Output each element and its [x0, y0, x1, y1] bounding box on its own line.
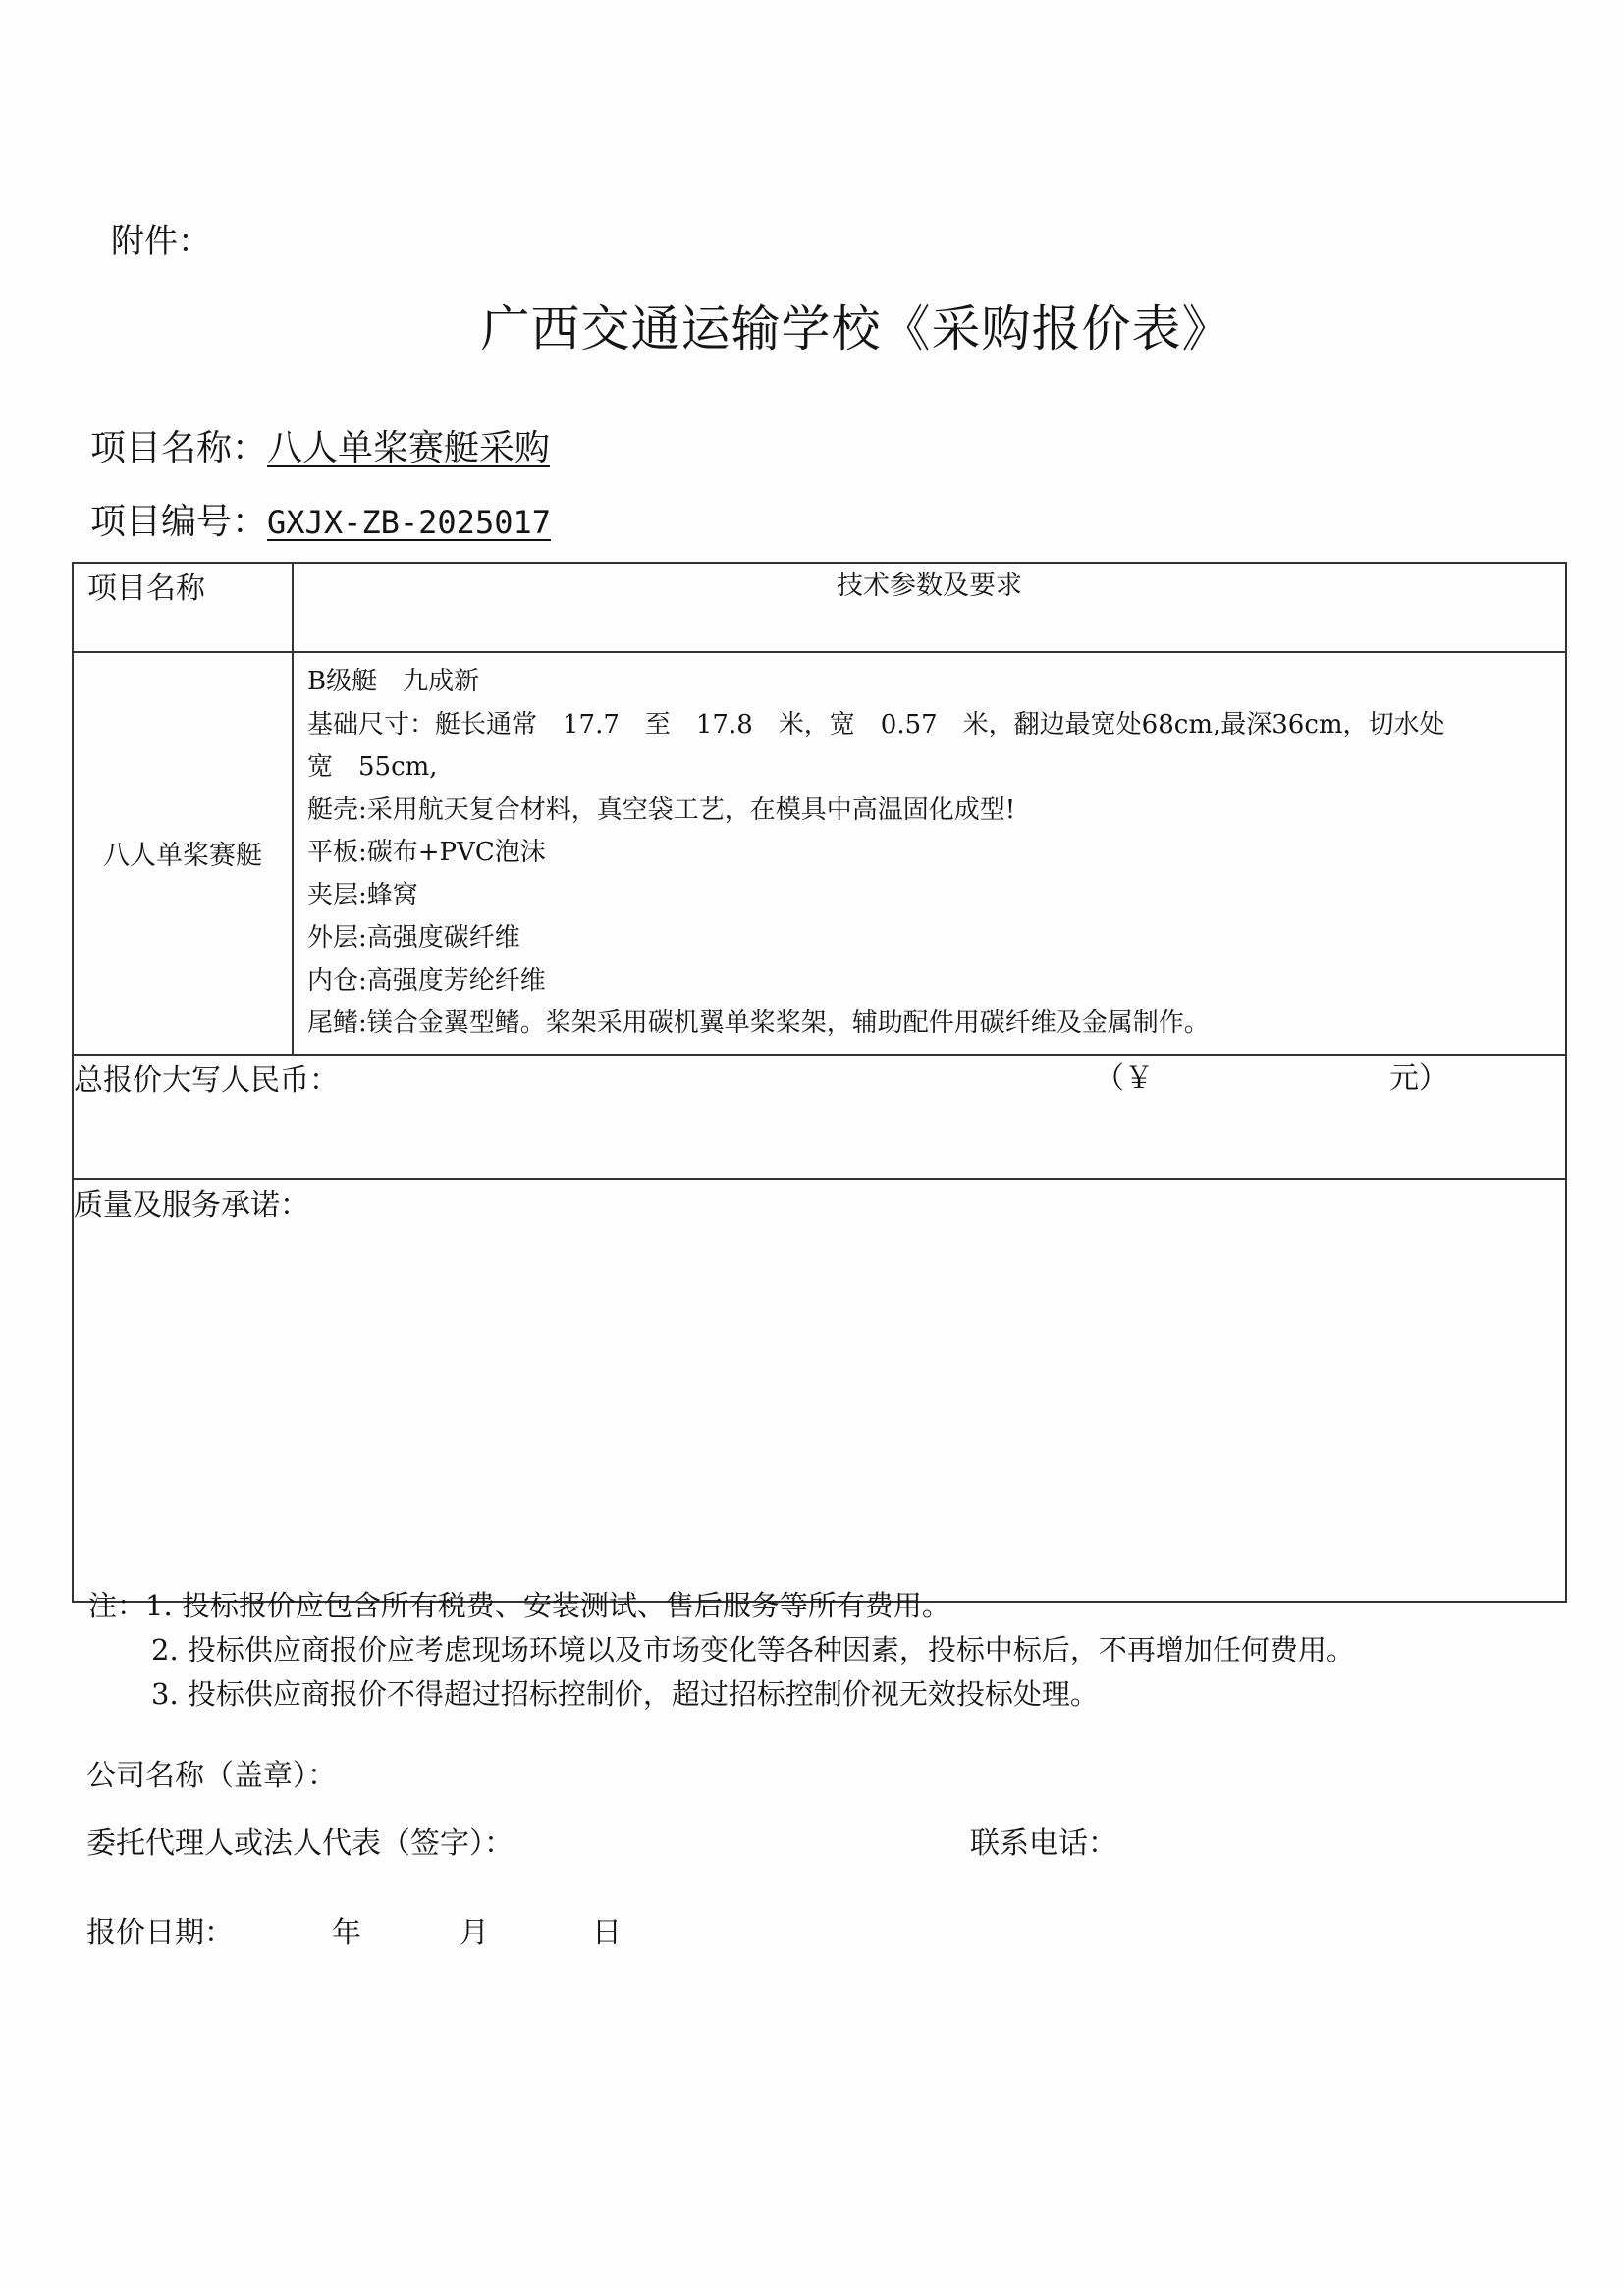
- project-name-label: 项目名称：: [90, 428, 267, 468]
- total-price-cell[interactable]: 总报价大写人民币： （￥ 元）: [73, 1055, 1566, 1179]
- spec-line: B级艇 九成新: [307, 661, 1553, 704]
- note-item: 2. 投标供应商报价应考虑现场环境以及市场变化等各种因素，投标中标后，不再增加任…: [88, 1628, 1355, 1672]
- total-yen-field: （￥: [1095, 1054, 1154, 1097]
- total-price-label: 总报价大写人民币：: [74, 1063, 339, 1098]
- quote-date-label: 报价日期：: [86, 1916, 234, 1950]
- spec-line: 外层:高强度碳纤维: [307, 917, 1553, 960]
- total-price-row: 总报价大写人民币： （￥ 元）: [73, 1055, 1566, 1179]
- total-yuan-suffix: 元）: [1389, 1054, 1448, 1097]
- attachment-label: 附件：: [111, 214, 211, 262]
- project-code-label: 项目编号：: [90, 502, 267, 542]
- quote-date-field: 报价日期： 年 月 日: [86, 1908, 234, 1951]
- spec-line: 夹层:蜂窝: [307, 875, 1553, 918]
- spec-line: 内仓:高强度芳纶纤维: [307, 960, 1553, 1004]
- table-header-row: 项目名称 技术参数及要求: [73, 563, 1566, 652]
- date-day: 日: [592, 1908, 622, 1951]
- project-code-field: 项目编号：GXJX-ZB-2025017: [90, 494, 551, 544]
- document-title: 广西交通运输学校《采购报价表》: [0, 290, 1624, 360]
- quality-service-label: 质量及服务承诺：: [74, 1188, 309, 1223]
- notes-section: 注：1. 投标报价应包含所有税费、安装测试、售后服务等所有费用。 2. 投标供应…: [88, 1584, 1355, 1716]
- spec-cell: B级艇 九成新 基础尺寸：艇长通常 17.7 至 17.8 米，宽 0.57 米…: [293, 652, 1566, 1055]
- spec-line: 艇壳:采用航天复合材料，真空袋工艺，在模具中高温固化成型!: [307, 790, 1553, 833]
- note-item: 3. 投标供应商报价不得超过招标控制价，超过招标控制价视无效投标处理。: [88, 1672, 1355, 1716]
- header-tech-spec: 技术参数及要求: [293, 563, 1566, 652]
- spec-line: 平板:碳布+PVC泡沫: [307, 832, 1553, 875]
- date-year: 年: [332, 1908, 361, 1951]
- date-month: 月: [460, 1908, 489, 1951]
- spec-line: 尾鳍:镁合金翼型鳍。桨架采用碳机翼单桨桨架，辅助配件用碳纤维及金属制作。: [307, 1003, 1553, 1046]
- quality-service-cell[interactable]: 质量及服务承诺：: [73, 1179, 1566, 1602]
- project-name-value: 八人单桨赛艇采购: [267, 428, 550, 468]
- header-item-name: 项目名称: [73, 563, 293, 652]
- quotation-table: 项目名称 技术参数及要求 八人单桨赛艇 B级艇 九成新 基础尺寸：艇长通常 17…: [72, 562, 1567, 1603]
- item-name-cell: 八人单桨赛艇: [73, 652, 293, 1055]
- spec-line: 基础尺寸：艇长通常 17.7 至 17.8 米，宽 0.57 米，翻边最宽处68…: [307, 704, 1553, 747]
- spec-line: 宽 55cm,: [307, 746, 1553, 790]
- project-code-value: GXJX-ZB-2025017: [267, 504, 551, 541]
- project-name-field: 项目名称：八人单桨赛艇采购: [90, 420, 550, 470]
- company-name-label: 公司名称（盖章）：: [86, 1751, 337, 1794]
- note-item: 注：1. 投标报价应包含所有税费、安装测试、售后服务等所有费用。: [88, 1584, 1355, 1628]
- quality-service-row: 质量及服务承诺：: [73, 1179, 1566, 1602]
- table-row: 八人单桨赛艇 B级艇 九成新 基础尺寸：艇长通常 17.7 至 17.8 米，宽…: [73, 652, 1566, 1055]
- agent-signature-label: 委托代理人或法人代表（签字）：: [86, 1819, 514, 1862]
- contact-phone-label: 联系电话：: [970, 1819, 1117, 1862]
